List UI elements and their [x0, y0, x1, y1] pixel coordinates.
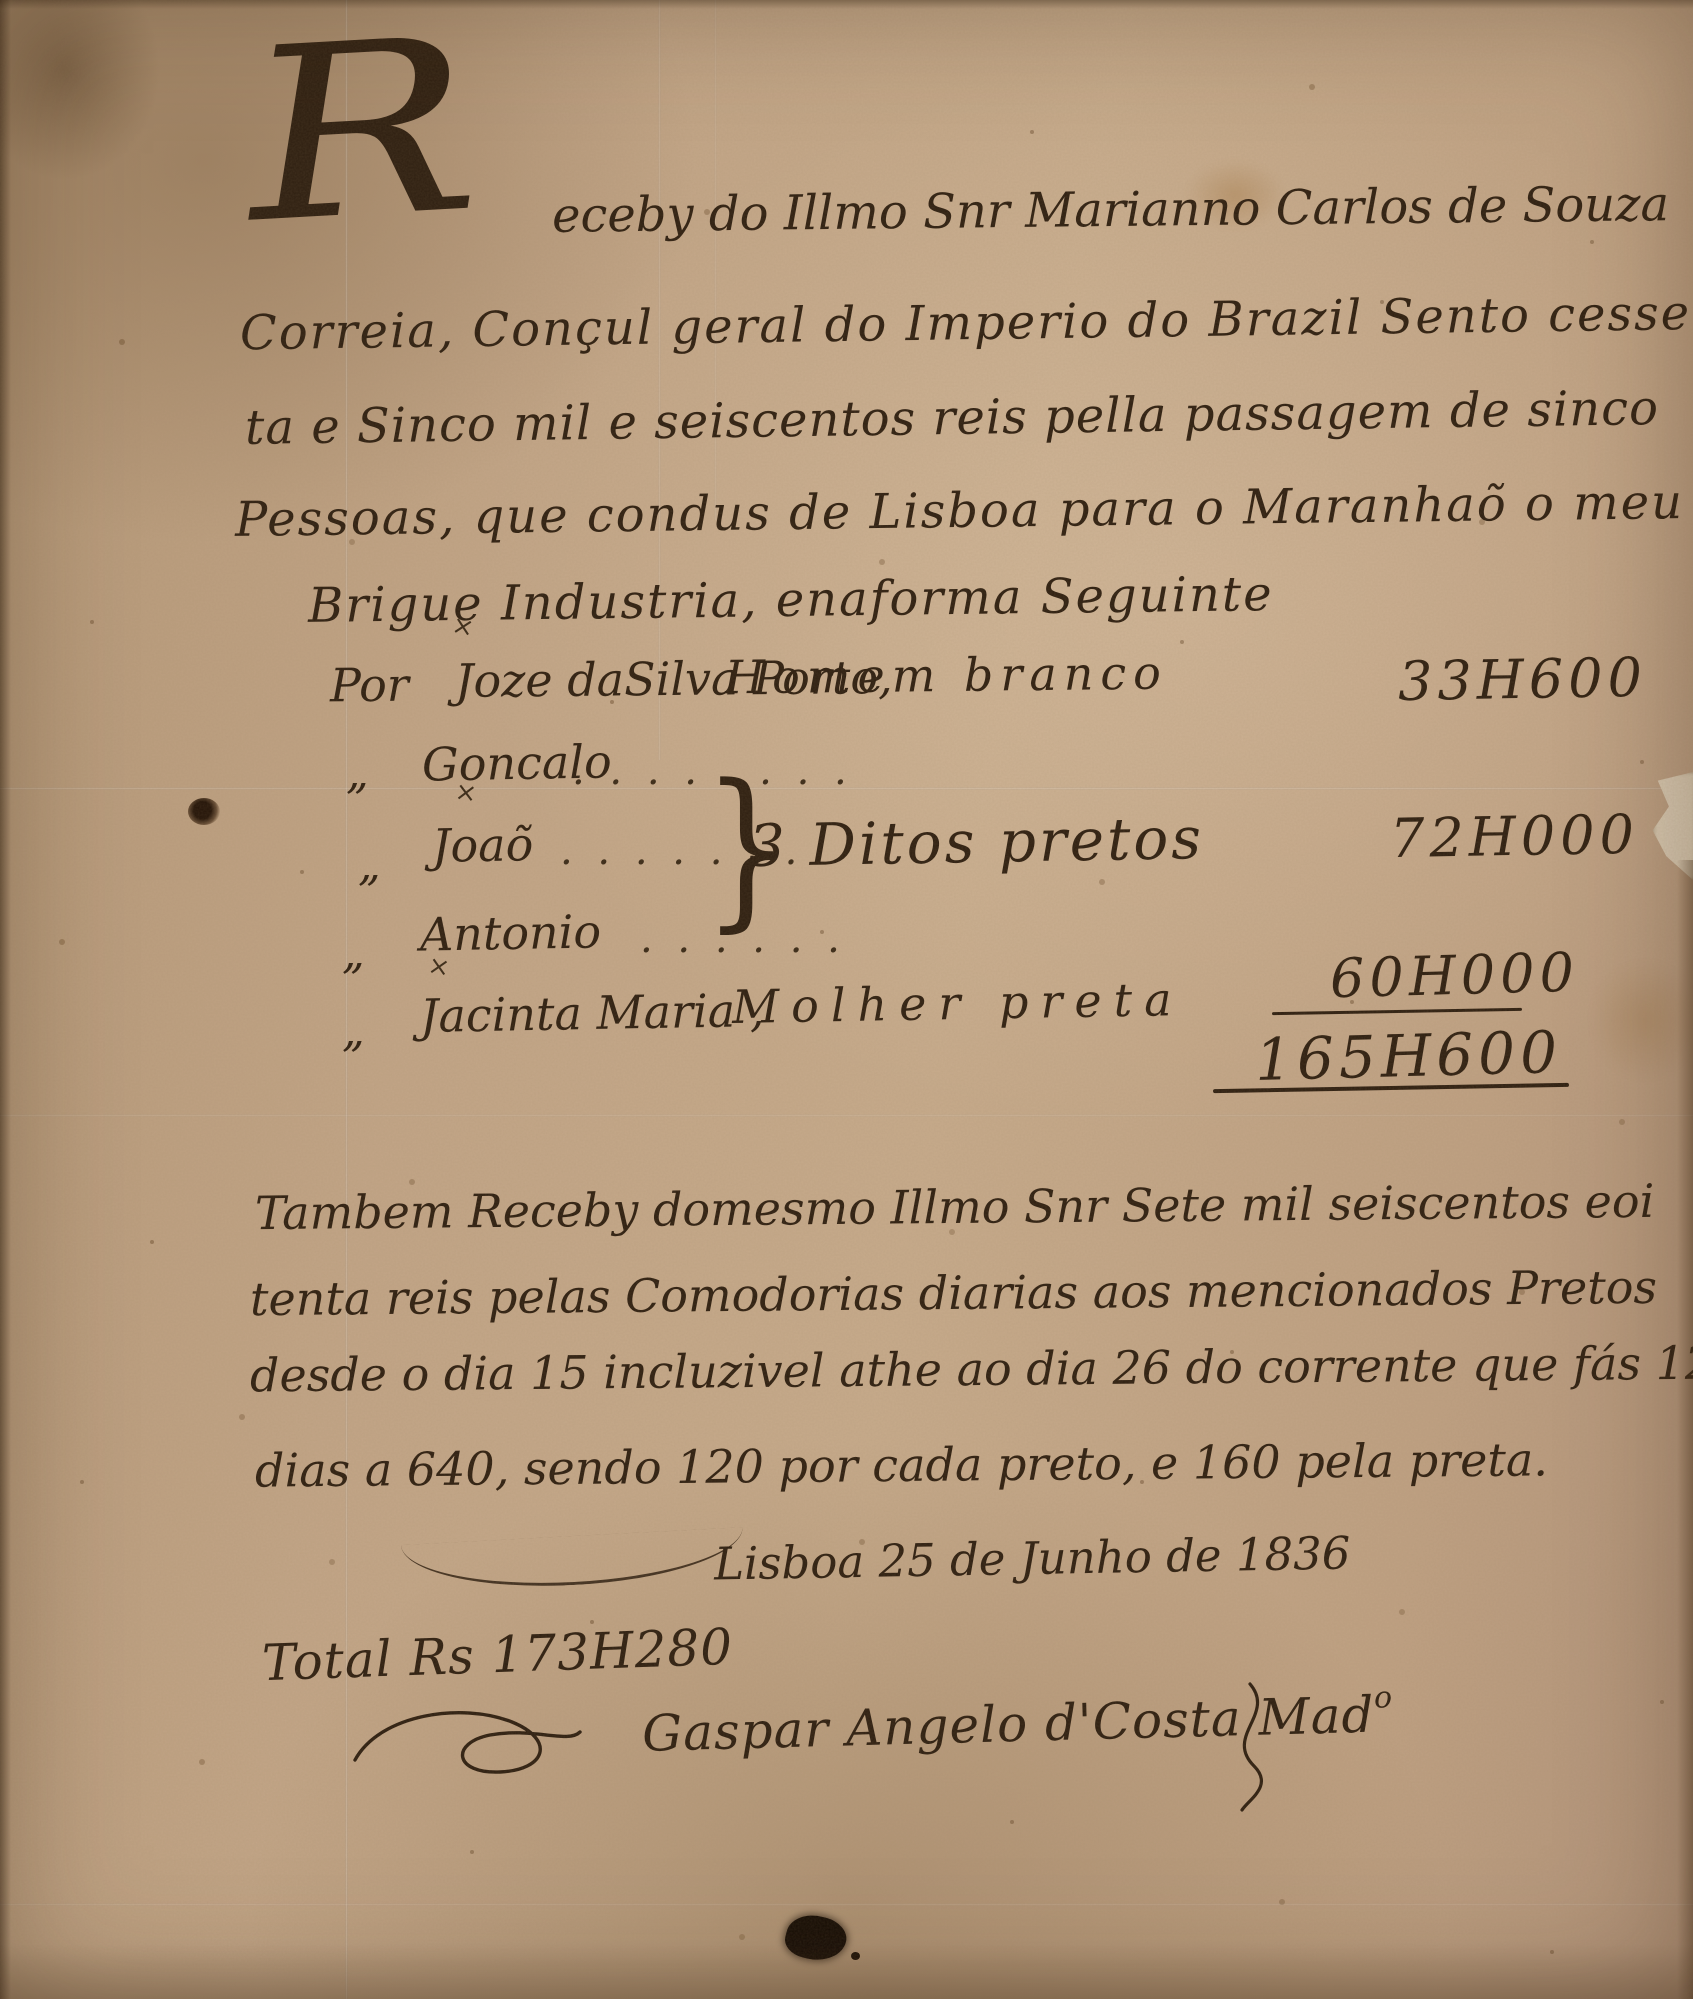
- tick-mark: ×: [449, 610, 477, 644]
- receipt-line-1: eceby do Illmo Snr Marianno Carlos de So…: [552, 176, 1670, 244]
- total-line: Total Rs 173H280: [261, 1618, 734, 1692]
- receipt-line-4: Pessoas, que condus de Lisboa para o Mar…: [235, 474, 1685, 548]
- signature: Gaspar Angelo d'Costa Mado: [641, 1680, 1394, 1763]
- subtotal-amount: 165H600: [1254, 1018, 1563, 1094]
- second-receipt-line-4: dias a 640, sendo 120 por cada preto, e …: [255, 1432, 1548, 1497]
- date-flourish: [401, 1527, 745, 1594]
- ditto-mark: „: [358, 840, 381, 891]
- fold-crease-vertical-left: [345, 0, 348, 1999]
- second-receipt-line-1: Tambem Receby domesmo Illmo Snr Sete mil…: [255, 1174, 1655, 1240]
- ditto-mark: „: [342, 1006, 365, 1057]
- edge-shadow-top: [0, 0, 1693, 9]
- dateline: Lisboa 25 de Junho de 1836: [714, 1526, 1351, 1590]
- passenger-row-name: Jacinta Maria ,: [420, 983, 765, 1043]
- edge-shadow-bottom: [0, 1944, 1693, 1999]
- receipt-line-3: ta e Sinco mil e seiscentos reis pella p…: [245, 380, 1660, 456]
- edge-shadow-left: [0, 0, 11, 1999]
- edge-shadow-right: [1677, 860, 1693, 1999]
- second-receipt-line-3: desde o dia 15 incluzivel athe ao dia 26…: [250, 1336, 1693, 1403]
- tick-mark: ×: [426, 950, 453, 983]
- receipt-line-2: Correia, Conçul geral do Imperio do Braz…: [240, 285, 1693, 362]
- dotted-leader: . . . . . .: [640, 916, 846, 962]
- ditto-mark: „: [346, 748, 369, 799]
- passenger-row-descriptor: Homem branco: [725, 646, 1168, 705]
- passenger-row-prefix: Por: [330, 658, 409, 713]
- amount-group: 72H000: [1389, 803, 1639, 870]
- signature-superscript: o: [1374, 1680, 1394, 1715]
- signature-text: Gaspar Angelo d'Costa Mad: [641, 1686, 1375, 1763]
- total-flourish: [340, 1688, 610, 1788]
- fold-crease-vertical-mid: [658, 0, 661, 760]
- subtotal-rule-top: [1272, 1008, 1522, 1015]
- amount-jacinta: 60H000: [1329, 941, 1579, 1010]
- manuscript-paper: R eceby do Illmo Snr Marianno Carlos de …: [0, 0, 1693, 1999]
- corner-shading: [0, 0, 160, 180]
- second-receipt-line-2: tenta reis pelas Comodorias diarias aos …: [250, 1260, 1657, 1326]
- ink-spot-left: [188, 798, 220, 825]
- opening-initial: R: [235, 7, 485, 257]
- tick-mark: ×: [453, 777, 479, 810]
- amount-joze: 33H600: [1397, 646, 1647, 713]
- fold-crease-horizontal-bottom: [0, 1903, 1693, 1906]
- fold-crease-horizontal-lower: [0, 1114, 1693, 1117]
- ditto-mark: „: [342, 928, 365, 979]
- group-label: 3 Ditos pretos: [747, 804, 1204, 880]
- passenger-row-descriptor: Molher preta: [732, 972, 1184, 1034]
- passenger-row-name: Joaõ: [432, 817, 534, 873]
